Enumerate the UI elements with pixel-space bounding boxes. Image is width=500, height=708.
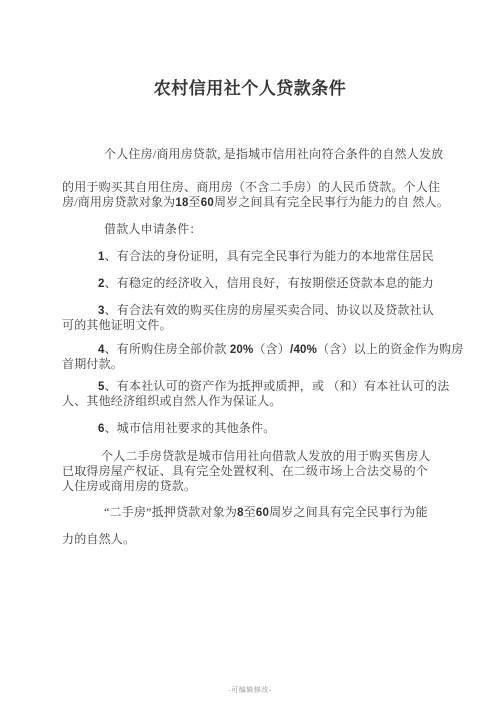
secondhand-line-3: 人住房或商用房的贷款。 xyxy=(62,479,196,493)
condition-item-3-line-1: 3、有合法有效的购买住房的房屋买卖合同、协议以及贷款社认 xyxy=(98,303,434,318)
condition-item-4-line-1: 4、有所购住房全部价款 20%（含）/40%（含）以上的资金作为购房 xyxy=(98,342,463,357)
mortgage-line-1-text: “二手房”抵押贷款对象为 xyxy=(104,505,237,519)
condition-4-text-pre: 、有所购住房全部价款 xyxy=(105,342,230,356)
condition-5-text: 、有本社认可的资产作为抵押或质押，或 （和）有本社认可的法 xyxy=(105,379,450,393)
condition-5-number: 5 xyxy=(98,381,105,393)
secondhand-line-1: 个人二手房贷款是城市信用社向借款人发放的用于购买售房人 xyxy=(101,449,430,463)
condition-3-number: 3 xyxy=(98,305,105,317)
condition-item-2: 2、有稳定的经济收入，信用良好，有按期偿还贷款本息的能力 xyxy=(98,276,434,291)
condition-3-text: 、有合法有效的购买住房的房屋买卖合同、协议以及贷款社认 xyxy=(105,303,434,317)
condition-1-number: 1 xyxy=(98,251,105,263)
condition-4-number: 4 xyxy=(98,344,105,356)
document-page: 农村信用社个人贷款条件 个人住房/商用房贷款, 是指城市信用社向符合条件的自然人… xyxy=(0,0,500,708)
intro-line-1: 个人住房/商用房贷款, 是指城市信用社向符合条件的自然人发放 xyxy=(104,147,443,161)
mortgage-age-start: 8 xyxy=(237,507,244,519)
conditions-heading: 借款人申请条件： xyxy=(104,222,202,236)
secondhand-line-2: 已取得房屋产权证、具有完全处置权利、在二级市场上合法交易的个 xyxy=(62,464,428,478)
condition-item-1: 1、有合法的身份证明，具有完全民事行为能力的本地常住居民 xyxy=(98,249,434,264)
intro-line-3-text: 房/商用房贷款对象为 xyxy=(62,195,175,209)
intro-line-2: 的用于购买其自用住房、商用房（不含二手房）的人民币贷款。个人住 xyxy=(62,180,440,194)
condition-1-text: 、有合法的身份证明，具有完全民事行为能力的本地常住居民 xyxy=(105,249,434,263)
mortgage-line-1-tail: 周岁之间具有完全民事行为能 xyxy=(269,505,428,519)
age-range-end: 60 xyxy=(201,197,214,209)
mortgage-line-2: 力的自然人。 xyxy=(62,532,135,546)
mortgage-age-end: 60 xyxy=(256,507,269,519)
mortgage-age-to-word: 至 xyxy=(244,505,256,519)
condition-item-3-line-2: 可的其他证明文件。 xyxy=(62,318,172,332)
condition-2-text: 、有稳定的经济收入，信用良好，有按期偿还贷款本息的能力 xyxy=(105,276,434,290)
down-payment-percent-2: /40% xyxy=(290,344,317,356)
condition-2-number: 2 xyxy=(98,278,105,290)
condition-item-5-line-2: 人、其他经济组织或自然人作为保证人。 xyxy=(62,394,282,408)
intro-line-3-tail: 周岁之间具有完全民事行为能力的自 然人。 xyxy=(214,195,449,209)
condition-6-number: 6 xyxy=(98,423,105,435)
intro-line-3: 房/商用房贷款对象为18至60周岁之间具有完全民事行为能力的自 然人。 xyxy=(62,195,449,210)
condition-item-4-line-2: 首期付款。 xyxy=(62,357,123,371)
condition-4-text-post: （含）以上的资金作为购房 xyxy=(317,342,463,356)
condition-4-text-mid: （含） xyxy=(253,342,290,356)
condition-item-5-line-1: 5、有本社认可的资产作为抵押或质押，或 （和）有本社认可的法 xyxy=(98,379,449,394)
age-range-to-word: 至 xyxy=(189,195,201,209)
age-range-start: 18 xyxy=(175,197,188,209)
footer-watermark: -可编辑修改- xyxy=(0,686,500,695)
mortgage-line-1: “二手房”抵押贷款对象为8至60周岁之间具有完全民事行为能 xyxy=(104,505,428,520)
condition-item-6: 6、城市信用社要求的其他条件。 xyxy=(98,421,275,436)
condition-6-text: 、城市信用社要求的其他条件。 xyxy=(105,421,276,435)
down-payment-percent-1: 20% xyxy=(230,344,254,356)
document-title: 农村信用社个人贷款条件 xyxy=(0,74,500,99)
